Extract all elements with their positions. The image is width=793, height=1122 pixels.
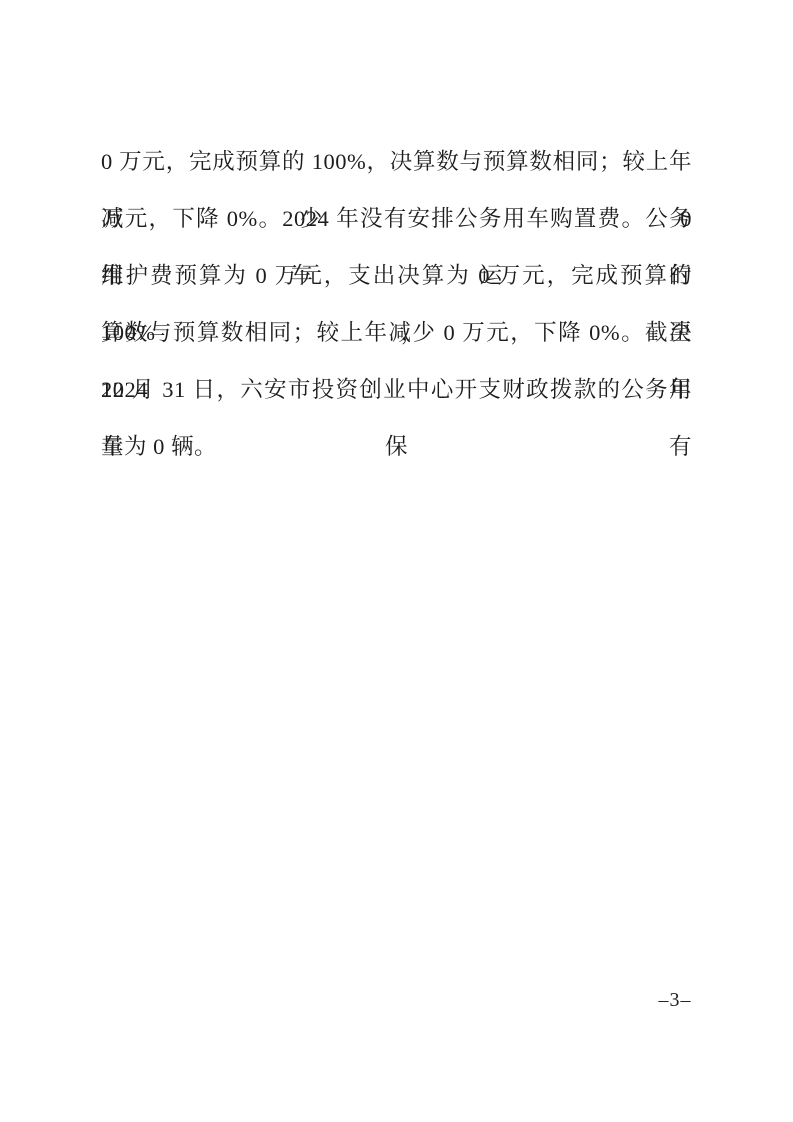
page-number: –3– bbox=[648, 988, 702, 1012]
paragraph-line: 0 万元，完成预算的 100%，决算数与预算数相同；较上年减少 0 bbox=[101, 133, 692, 190]
paragraph-line: 算数与预算数相同；较上年减少 0 万元，下降 0%。截至 2024 年 bbox=[101, 304, 692, 361]
body-paragraph: 0 万元，完成预算的 100%，决算数与预算数相同；较上年减少 0 万元，下降 … bbox=[101, 133, 692, 475]
document-page: 0 万元，完成预算的 100%，决算数与预算数相同；较上年减少 0 万元，下降 … bbox=[0, 0, 793, 1122]
paragraph-line: 万元，下降 0%。2024 年没有安排公务用车购置费。公务用车运行 bbox=[101, 190, 692, 247]
paragraph-line: 维护费预算为 0 万元，支出决算为 0 万元，完成预算的 100%，决 bbox=[101, 247, 692, 304]
paragraph-line: 12 月 31 日，六安市投资创业中心开支财政拨款的公务用车保有 bbox=[101, 361, 692, 418]
